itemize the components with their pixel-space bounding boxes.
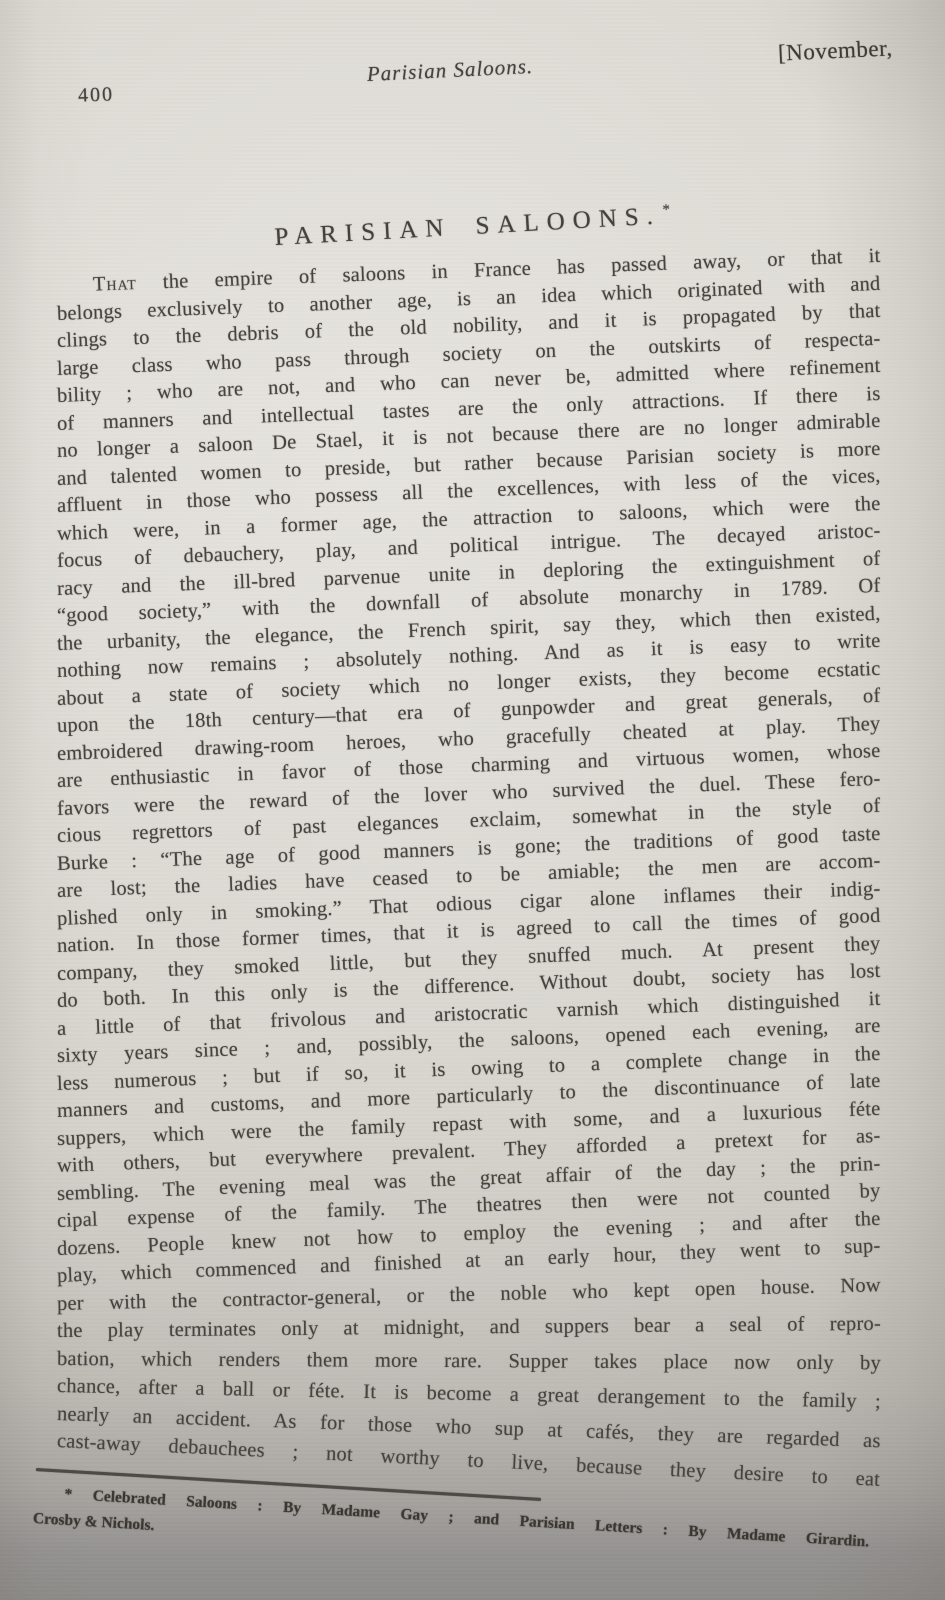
body-text-line: the play terminates only at midnight, an… <box>57 1311 881 1346</box>
article-body: That the empire of saloons in France has… <box>57 273 881 1456</box>
body-text-line: bation, which renders them more rare. Su… <box>57 1346 881 1378</box>
lead-smallcaps: That <box>93 272 138 296</box>
running-title: Parisian Saloons. <box>0 36 900 105</box>
footnote-marker: * <box>662 202 670 218</box>
article-title-text: PARISIAN SALOONS. <box>274 202 662 251</box>
issue-month-label: [November, <box>778 35 894 66</box>
scanned-book-page: 400 Parisian Saloons. [November, PARISIA… <box>0 0 945 1600</box>
